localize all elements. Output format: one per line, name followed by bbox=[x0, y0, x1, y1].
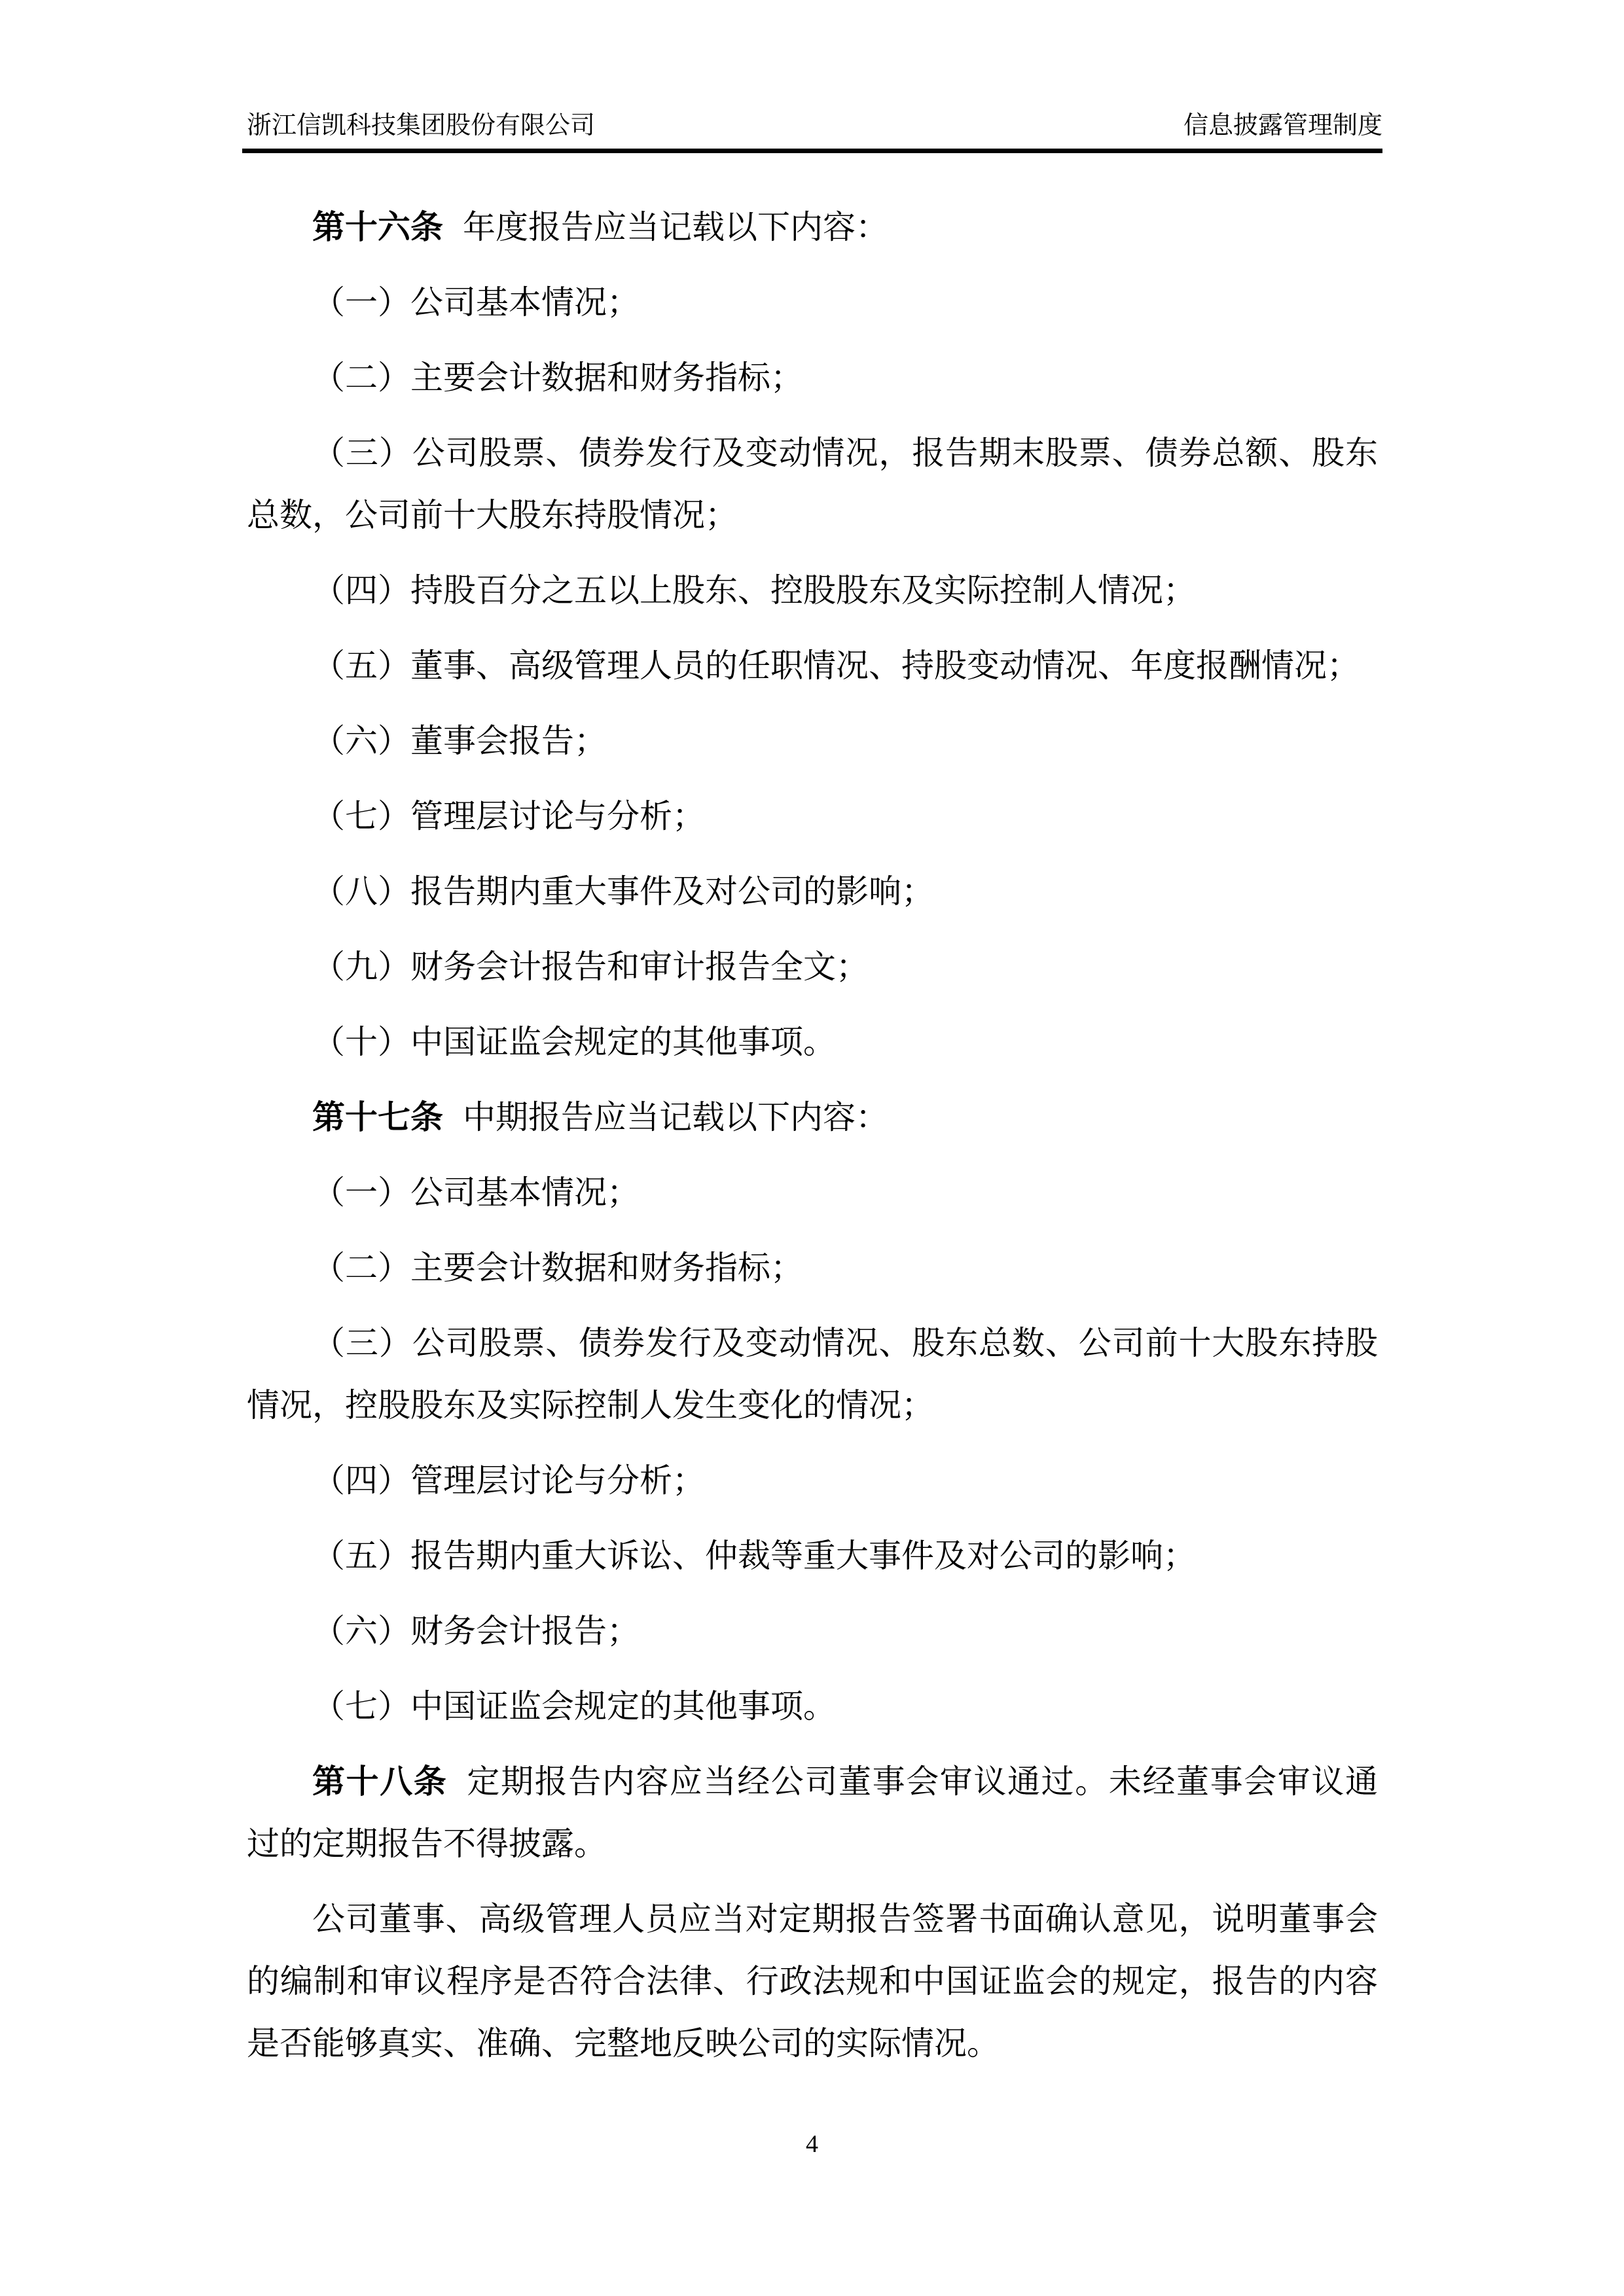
paragraph-text: 年度报告应当记载以下内容： bbox=[463, 209, 888, 245]
body-paragraph: （四）管理层讨论与分析； bbox=[247, 1450, 1378, 1512]
document-body: 第十六条年度报告应当记载以下内容：（一）公司基本情况；（二）主要会计数据和财务指… bbox=[247, 196, 1378, 2075]
body-paragraph: 公司董事、高级管理人员应当对定期报告签署书面确认意见，说明董事会的编制和审议程序… bbox=[247, 1888, 1378, 2075]
page-number: 4 bbox=[806, 2130, 818, 2158]
paragraph-text: （三）公司股票、债券发行及变动情况、股东总数、公司前十大股东持股情况，控股股东及… bbox=[247, 1325, 1378, 1424]
header-rule-divider bbox=[242, 149, 1382, 153]
body-paragraph: （十）中国证监会规定的其他事项。 bbox=[247, 1011, 1378, 1073]
paragraph-text: （四）持股百分之五以上股东、控股股东及实际控制人情况； bbox=[312, 572, 1196, 609]
paragraph-text: （九）财务会计报告和审计报告全文； bbox=[312, 948, 869, 985]
body-paragraph: （六）财务会计报告； bbox=[247, 1600, 1378, 1662]
article-paragraph: 第十六条年度报告应当记载以下内容： bbox=[247, 196, 1378, 259]
paragraph-text: （七）中国证监会规定的其他事项。 bbox=[312, 1688, 836, 1725]
body-paragraph: （四）持股百分之五以上股东、控股股东及实际控制人情况； bbox=[247, 560, 1378, 622]
header-document-title: 信息披露管理制度 bbox=[1183, 110, 1382, 141]
body-paragraph: （七）管理层讨论与分析； bbox=[247, 785, 1378, 848]
paragraph-text: （五）董事、高级管理人员的任职情况、持股变动情况、年度报酬情况； bbox=[312, 647, 1360, 684]
body-paragraph: （八）报告期内重大事件及对公司的影响； bbox=[247, 861, 1378, 923]
body-paragraph: （一）公司基本情况； bbox=[247, 1162, 1378, 1224]
paragraph-text: （八）报告期内重大事件及对公司的影响； bbox=[312, 873, 934, 910]
paragraph-text: （一）公司基本情况； bbox=[312, 1174, 640, 1211]
paragraph-text: （三）公司股票、债券发行及变动情况，报告期末股票、债券总额、股东总数，公司前十大… bbox=[247, 435, 1378, 533]
paragraph-text: （六）财务会计报告； bbox=[312, 1613, 640, 1649]
body-paragraph: （五）报告期内重大诉讼、仲裁等重大事件及对公司的影响； bbox=[247, 1525, 1378, 1587]
page-header: 浙江信凯科技集团股份有限公司 信息披露管理制度 bbox=[247, 110, 1382, 141]
page-footer: 4 bbox=[0, 2128, 1624, 2160]
paragraph-text: 公司董事、高级管理人员应当对定期报告签署书面确认意见，说明董事会的编制和审议程序… bbox=[247, 1901, 1378, 2062]
paragraph-text: （二）主要会计数据和财务指标； bbox=[312, 1249, 803, 1286]
body-paragraph: （三）公司股票、债券发行及变动情况、股东总数、公司前十大股东持股情况，控股股东及… bbox=[247, 1312, 1378, 1437]
body-paragraph: （六）董事会报告； bbox=[247, 710, 1378, 772]
paragraph-text: （七）管理层讨论与分析； bbox=[312, 798, 705, 834]
body-paragraph: （二）主要会计数据和财务指标； bbox=[247, 1237, 1378, 1299]
paragraph-text: （十）中国证监会规定的其他事项。 bbox=[312, 1024, 836, 1060]
body-paragraph: （三）公司股票、债券发行及变动情况，报告期末股票、债券总额、股东总数，公司前十大… bbox=[247, 422, 1378, 547]
body-paragraph: （五）董事、高级管理人员的任职情况、持股变动情况、年度报酬情况； bbox=[247, 635, 1378, 697]
paragraph-text: （六）董事会报告； bbox=[312, 723, 607, 759]
paragraph-text: （四）管理层讨论与分析； bbox=[312, 1462, 705, 1499]
paragraph-text: （五）报告期内重大诉讼、仲裁等重大事件及对公司的影响； bbox=[312, 1537, 1196, 1574]
body-paragraph: （七）中国证监会规定的其他事项。 bbox=[247, 1676, 1378, 1738]
paragraph-text: 中期报告应当记载以下内容： bbox=[463, 1099, 888, 1136]
body-paragraph: （一）公司基本情况； bbox=[247, 272, 1378, 334]
body-paragraph: （二）主要会计数据和财务指标； bbox=[247, 347, 1378, 409]
body-paragraph: （九）财务会计报告和审计报告全文； bbox=[247, 936, 1378, 998]
article-number: 第十八条 bbox=[312, 1763, 447, 1800]
header-company-name: 浙江信凯科技集团股份有限公司 bbox=[247, 110, 595, 141]
paragraph-text: （二）主要会计数据和财务指标； bbox=[312, 359, 803, 396]
article-paragraph: 第十八条定期报告内容应当经公司董事会审议通过。未经董事会审议通过的定期报告不得披… bbox=[247, 1751, 1378, 1875]
article-number: 第十七条 bbox=[312, 1099, 443, 1136]
paragraph-text: （一）公司基本情况； bbox=[312, 284, 640, 321]
article-paragraph: 第十七条中期报告应当记载以下内容： bbox=[247, 1086, 1378, 1149]
document-page: 浙江信凯科技集团股份有限公司 信息披露管理制度 第十六条年度报告应当记载以下内容… bbox=[0, 0, 1624, 2296]
article-number: 第十六条 bbox=[312, 209, 443, 245]
